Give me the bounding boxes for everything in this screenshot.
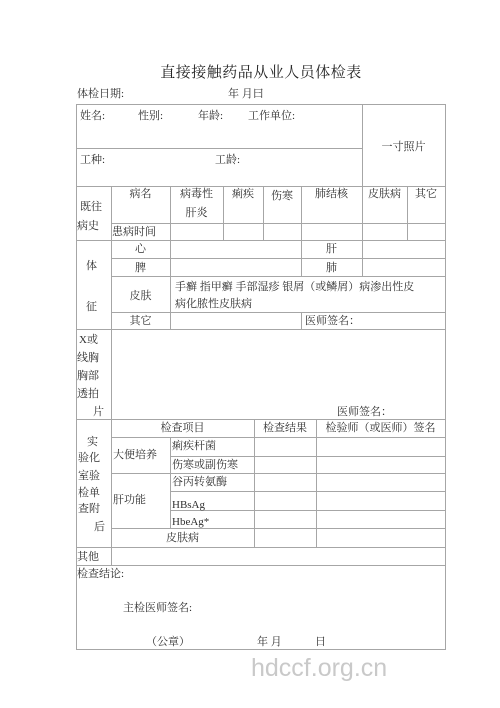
conclusion-date-day: 日: [315, 635, 326, 649]
disease-name-header: 病名: [111, 187, 170, 201]
lab-item-hbeag: HbeAg*: [172, 515, 209, 529]
spleen-label: 脾: [111, 261, 170, 275]
medical-history-label: 病史: [77, 219, 99, 233]
table-rule: [76, 649, 446, 650]
disease-typhoid: 伤寒: [263, 189, 301, 203]
lab-header-signature: 检验师（或医师）签名: [316, 421, 445, 435]
table-rule: [254, 419, 255, 547]
medical-history-label: 既往: [80, 200, 102, 214]
xray-label: 片: [93, 405, 104, 419]
table-rule: [111, 437, 446, 438]
lab-header-result: 检查结果: [254, 421, 316, 435]
skin-label: 皮肤: [111, 289, 170, 303]
lab-tests-label: 验化: [78, 451, 100, 465]
table-rule: [76, 104, 446, 105]
table-rule: [111, 258, 446, 259]
xray-label: X或: [79, 333, 98, 347]
table-rule: [111, 312, 446, 313]
table-rule: [170, 456, 446, 457]
table-rule: [445, 104, 446, 650]
heart-label: 心: [111, 242, 170, 256]
exam-date-label: 体检日期:: [77, 87, 124, 101]
xray-label: 透拍: [77, 387, 99, 401]
table-rule: [111, 276, 446, 277]
liver-function-label: 肝功能: [113, 493, 146, 507]
table-rule: [76, 240, 446, 241]
lab-tests-label: 实: [87, 435, 98, 449]
disease-dysentery: 痢疾: [223, 187, 263, 201]
chief-doctor-signature-label: 主检医师签名:: [123, 601, 192, 615]
skin-conditions-text: 病化脓性皮肤病: [175, 297, 252, 311]
onset-time-label: 患病时间: [112, 225, 156, 239]
lab-tests-label: 查附: [78, 502, 100, 516]
photo-placeholder-label: 一寸照片: [362, 140, 445, 154]
table-rule: [170, 510, 446, 511]
physical-signs-label: 体: [86, 259, 97, 273]
lab-tests-label: 后: [94, 520, 105, 534]
skin-conditions-text: 手癣 指甲癣 手部湿疹 银屑（或鳞屑）病渗出性皮: [175, 280, 414, 294]
disease-tuberculosis: 肺结核: [301, 187, 362, 201]
table-rule: [76, 329, 446, 330]
doctor-signature-label: 医师签名：: [305, 314, 360, 328]
physical-signs-label: 征: [86, 300, 97, 314]
lab-item-hbsag: HBsAg: [172, 498, 205, 512]
disease-viral-hepatitis: 病毒性: [170, 187, 223, 201]
health-exam-form-page: 直接接触药品从业人员体检表 体检日期: 年 月曰: [0, 0, 500, 708]
lab-item-dysentery-bacillus: 痢疾杆菌: [172, 439, 216, 453]
table-rule: [76, 419, 446, 420]
conclusion-date-year-month: 年 月: [257, 635, 282, 649]
form-title: 直接接触药品从业人员体检表: [111, 64, 411, 82]
disease-skin: 皮肤病: [362, 187, 407, 201]
table-rule: [170, 491, 446, 492]
disease-viral-hepatitis: 肝炎: [170, 206, 223, 220]
table-rule: [76, 565, 446, 566]
table-rule: [111, 223, 446, 224]
table-rule: [76, 148, 362, 149]
disease-other: 其它: [407, 187, 445, 201]
work-unit-label: 工作单位:: [248, 109, 295, 123]
lab-item-typhoid: 伤寒或副伤寒: [172, 458, 238, 472]
stool-culture-label: 大便培养: [113, 448, 157, 462]
gender-label: 性别:: [138, 109, 163, 123]
conclusion-label: 检查结论:: [77, 567, 124, 581]
table-rule: [301, 312, 302, 329]
official-seal-label: （公章）: [146, 635, 190, 649]
other-label: 其他: [77, 550, 99, 564]
watermark: hdccf.org.cn: [251, 653, 387, 683]
exam-date-placeholder: 年 月曰: [228, 87, 264, 101]
lab-item-skin-disease: 皮肤病: [111, 531, 254, 545]
job-type-label: 工种:: [80, 153, 105, 167]
table-rule: [111, 473, 446, 474]
lab-header-item: 检查项目: [111, 421, 254, 435]
xray-label: 胸部: [77, 369, 99, 383]
name-label: 姓名:: [80, 109, 105, 123]
xray-doctor-signature-label: 医师签名：: [337, 405, 392, 419]
liver-label: 肝: [301, 242, 362, 256]
lab-tests-label: 检单: [78, 486, 100, 500]
table-rule: [316, 419, 317, 547]
lung-label: 肺: [301, 261, 362, 275]
lab-item-alt: 谷丙转氨酶: [172, 475, 227, 489]
table-rule: [111, 528, 446, 529]
table-rule: [76, 547, 446, 548]
other-signs-label: 其它: [111, 314, 170, 328]
age-label: 年龄:: [198, 109, 223, 123]
lab-tests-label: 室验: [78, 469, 100, 483]
xray-label: 线胸: [77, 351, 99, 365]
seniority-label: 工龄:: [215, 153, 240, 167]
table-rule: [170, 437, 171, 528]
